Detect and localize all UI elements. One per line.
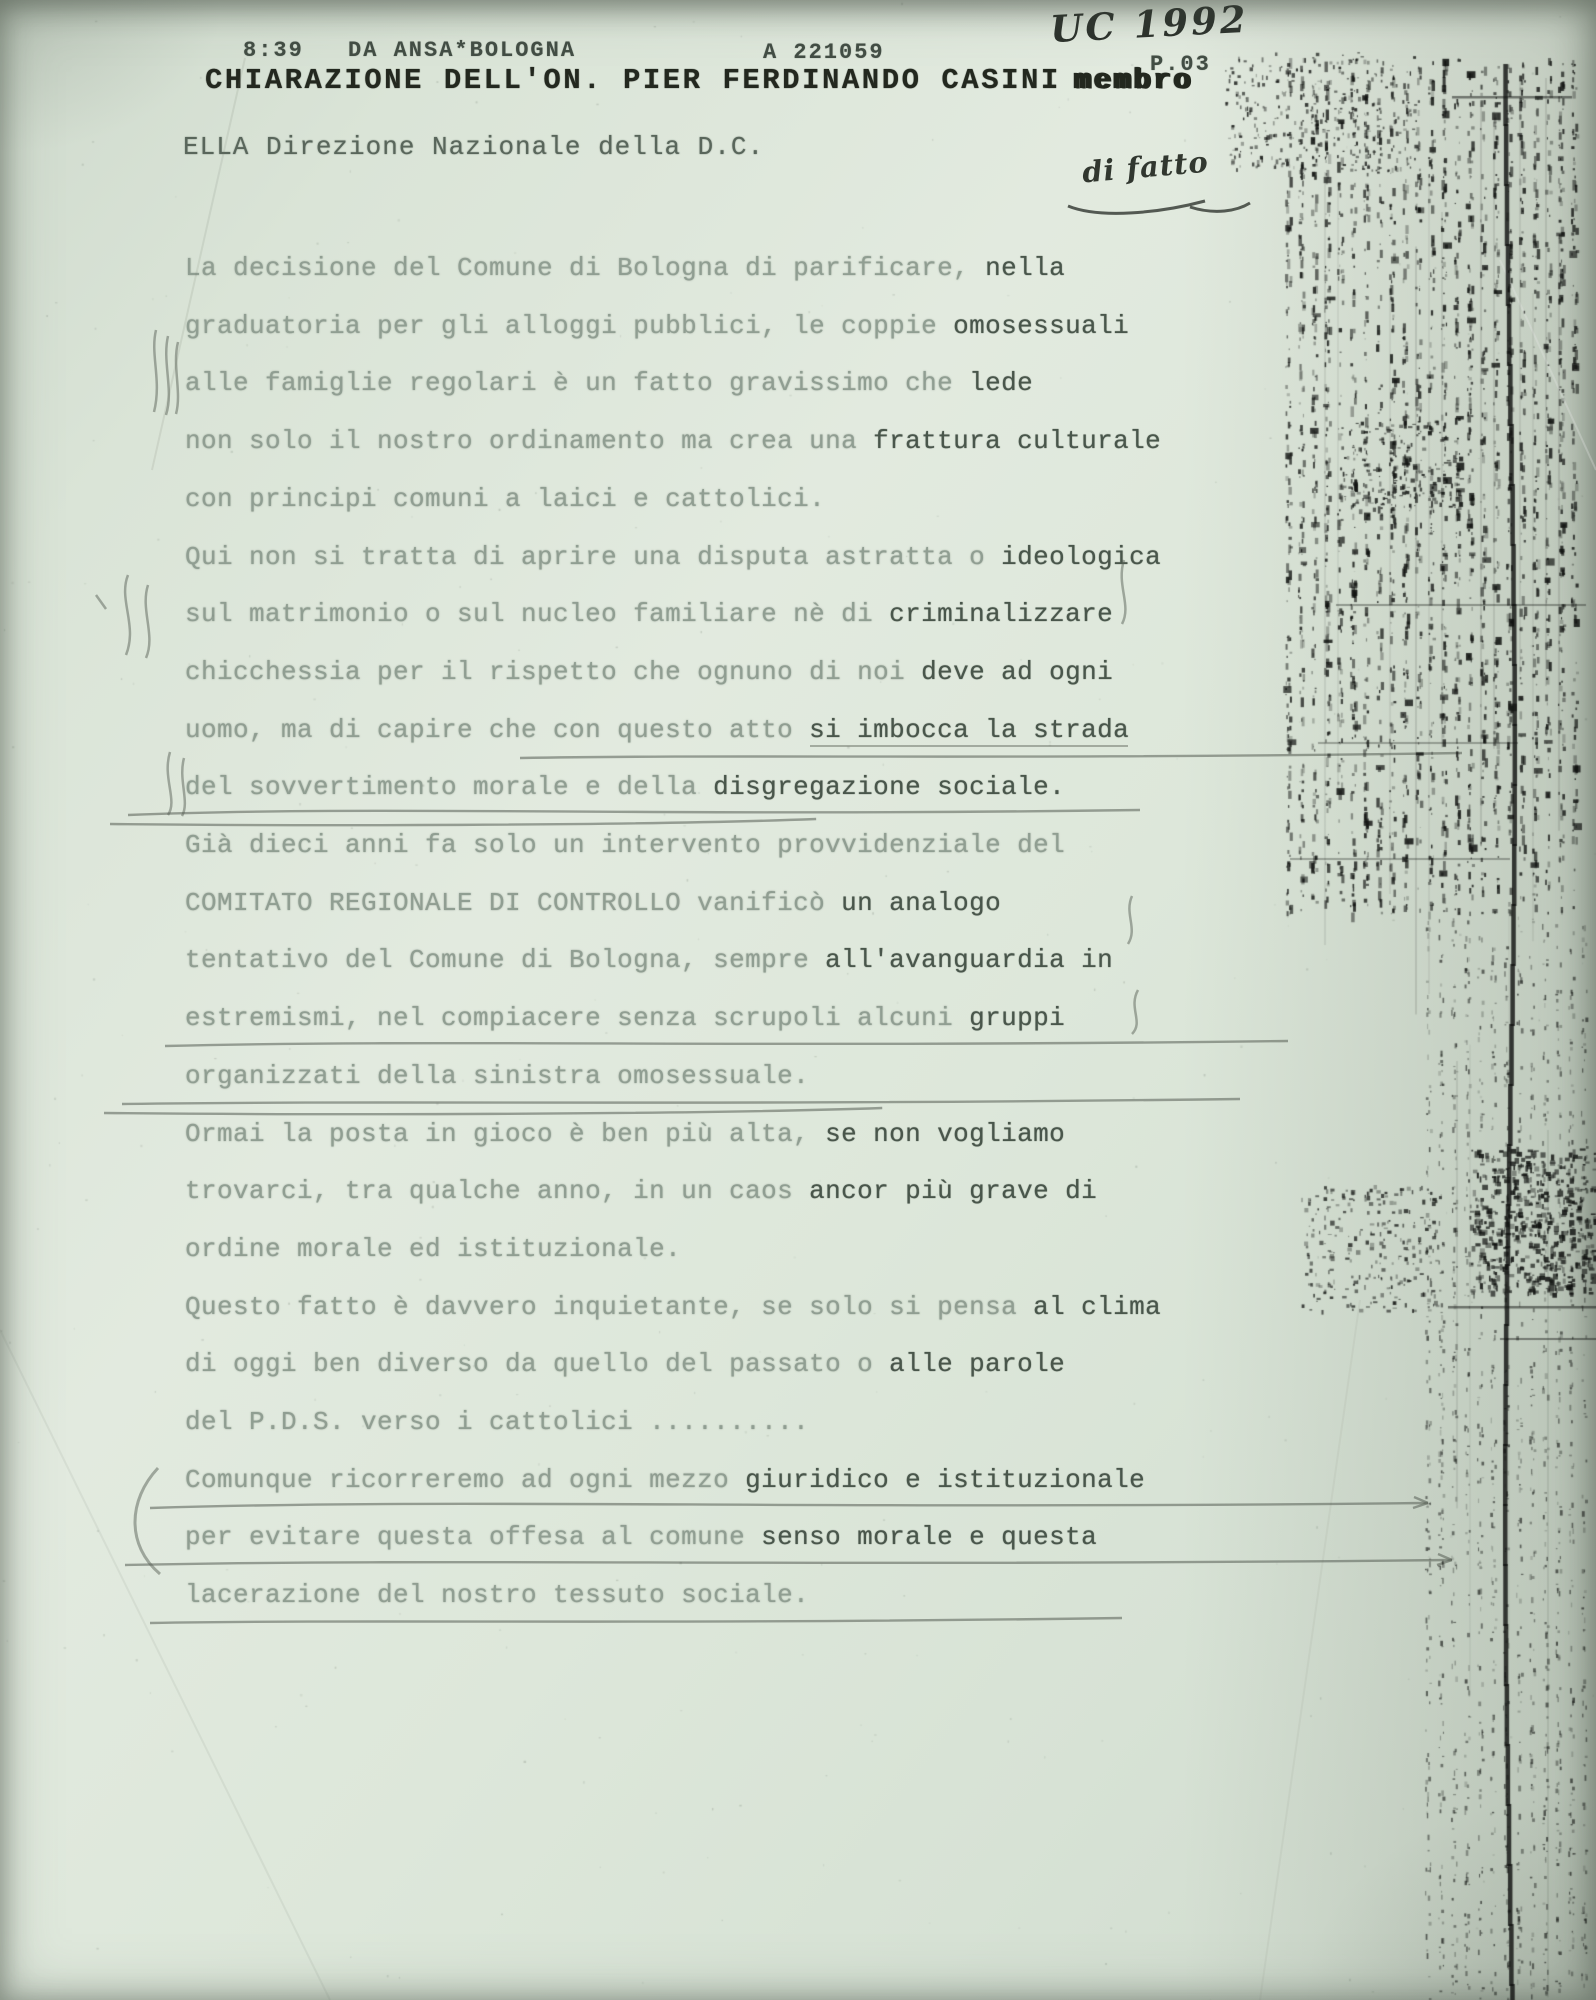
- line-text: tentativo del Comune di Bologna, sempre: [185, 945, 825, 975]
- line-text: criminalizzare: [889, 599, 1113, 629]
- line-text: per evitare questa offesa al comune: [185, 1522, 761, 1552]
- line-text: Questo fatto è davvero inquietante, se s…: [185, 1292, 1033, 1322]
- line-text: Già dieci anni fa solo un intervento pro…: [185, 830, 1065, 860]
- line-text: di oggi ben diverso da quello del passat…: [185, 1349, 889, 1379]
- line-text: all'avanguardia in: [825, 945, 1113, 975]
- pencil-marks-layer: [0, 0, 1596, 2000]
- line-text: ancor più grave di: [809, 1176, 1097, 1206]
- line-text: del P.D.S. verso i cattolici ..........: [185, 1407, 809, 1437]
- line-text: Qui non si tratta di aprire una disputa …: [185, 542, 1001, 572]
- document-line: tentativo del Comune di Bologna, sempre …: [185, 945, 1113, 975]
- line-text: sul matrimonio o sul nucleo familiare nè…: [185, 599, 889, 629]
- document-line: del P.D.S. verso i cattolici ..........: [185, 1407, 809, 1437]
- document-line: Comunque ricorreremo ad ogni mezzo giuri…: [185, 1465, 1145, 1495]
- line-text: chicchessia per il rispetto che ognuno d…: [185, 657, 921, 687]
- document-line: Ormai la posta in gioco è ben più alta, …: [185, 1119, 1065, 1149]
- line-text: ideologica: [1001, 542, 1161, 572]
- handwritten-inline-note: di fatto: [1081, 145, 1210, 190]
- line-text: organizzati della sinistra omosessuale.: [185, 1061, 809, 1091]
- line-text: lede: [969, 368, 1033, 398]
- line-text: si imbocca la strada: [809, 715, 1129, 745]
- line-text: alle famiglie regolari è un fatto gravis…: [185, 368, 969, 398]
- document-line: trovarci, tra qualche anno, in un caos a…: [185, 1176, 1097, 1206]
- line-text: Comunque ricorreremo ad ogni mezzo: [185, 1465, 745, 1495]
- line-text: La decisione del Comune di Bologna di pa…: [185, 253, 969, 283]
- line-text: giuridico e istituzionale: [745, 1465, 1145, 1495]
- fax-sender: DA ANSA*BOLOGNA: [348, 38, 576, 63]
- line-text: se non vogliamo: [825, 1119, 1065, 1149]
- document-line: organizzati della sinistra omosessuale.: [185, 1061, 809, 1091]
- ink-underline-note: [1068, 201, 1250, 213]
- document-line: ordine morale ed istituzionale.: [185, 1234, 681, 1264]
- document-line: Già dieci anni fa solo un intervento pro…: [185, 830, 1065, 860]
- line-text: trovarci, tra qualche anno, in un caos: [185, 1176, 809, 1206]
- document-line: lacerazione del nostro tessuto sociale.: [185, 1580, 809, 1610]
- line-text: Ormai la posta in gioco è ben più alta,: [185, 1119, 825, 1149]
- document-line: COMITATO REGIONALE DI CONTROLLO vanificò…: [185, 888, 1001, 918]
- line-text: estremismi, nel compiacere senza scrupol…: [185, 1003, 969, 1033]
- document-line: alle famiglie regolari è un fatto gravis…: [185, 368, 1033, 398]
- line-text: frattura culturale: [873, 426, 1161, 456]
- title-appended-word: membro: [1073, 64, 1192, 97]
- handwritten-year-annotation: UC 1992: [1049, 0, 1250, 51]
- document-line: sul matrimonio o sul nucleo familiare nè…: [185, 599, 1113, 629]
- document-line: graduatoria per gli alloggi pubblici, le…: [185, 311, 1129, 341]
- line-text: COMITATO REGIONALE DI CONTROLLO vanificò: [185, 888, 841, 918]
- document-line: Qui non si tratta di aprire una disputa …: [185, 542, 1161, 572]
- line-text: deve ad ogni: [921, 657, 1113, 687]
- document-line: chicchessia per il rispetto che ognuno d…: [185, 657, 1113, 687]
- document-line: non solo il nostro ordinamento ma crea u…: [185, 426, 1161, 456]
- line-text: uomo, ma di capire che con questo atto: [185, 715, 809, 745]
- title-text: CHIARAZIONE DELL'ON. PIER FERDINANDO CAS…: [205, 64, 1061, 97]
- document-line: di oggi ben diverso da quello del passat…: [185, 1349, 1065, 1379]
- document-line: del sovvertimento morale e della disgreg…: [185, 772, 1065, 802]
- line-text: senso morale e questa: [761, 1522, 1097, 1552]
- line-text: del sovvertimento morale e della: [185, 772, 713, 802]
- line-text: gruppi: [969, 1003, 1065, 1033]
- document-line: uomo, ma di capire che con questo atto s…: [185, 715, 1129, 745]
- line-text: non solo il nostro ordinamento ma crea u…: [185, 426, 873, 456]
- line-text: ordine morale ed istituzionale.: [185, 1234, 681, 1264]
- document-line: con principi comuni a laici e cattolici.: [185, 484, 825, 514]
- document-subtitle: ELLA Direzione Nazionale della D.C.: [183, 132, 764, 162]
- line-text: graduatoria per gli alloggi pubblici, le…: [185, 311, 953, 341]
- fax-code: A 221059: [763, 40, 885, 65]
- line-text: nella: [969, 253, 1065, 283]
- fax-time: 8:39: [243, 38, 304, 63]
- line-text: al clima: [1033, 1292, 1161, 1322]
- line-text: un analogo: [841, 888, 1001, 918]
- line-text: con principi comuni a laici e cattolici.: [185, 484, 825, 514]
- document-title: CHIARAZIONE DELL'ON. PIER FERDINANDO CAS…: [205, 64, 1192, 97]
- fax-noise-overlay: [0, 0, 1596, 2000]
- line-text: disgregazione sociale.: [713, 772, 1065, 802]
- document-line: Questo fatto è davvero inquietante, se s…: [185, 1292, 1161, 1322]
- line-text: lacerazione del nostro tessuto sociale.: [185, 1580, 809, 1610]
- scanned-fax-document: 8:39 DA ANSA*BOLOGNA A 221059 P.03 UC 19…: [0, 0, 1596, 2000]
- document-line: La decisione del Comune di Bologna di pa…: [185, 253, 1065, 283]
- line-text: omosessuali: [953, 311, 1129, 341]
- document-line: estremismi, nel compiacere senza scrupol…: [185, 1003, 1065, 1033]
- document-line: per evitare questa offesa al comune sens…: [185, 1522, 1097, 1552]
- line-text: alle parole: [889, 1349, 1065, 1379]
